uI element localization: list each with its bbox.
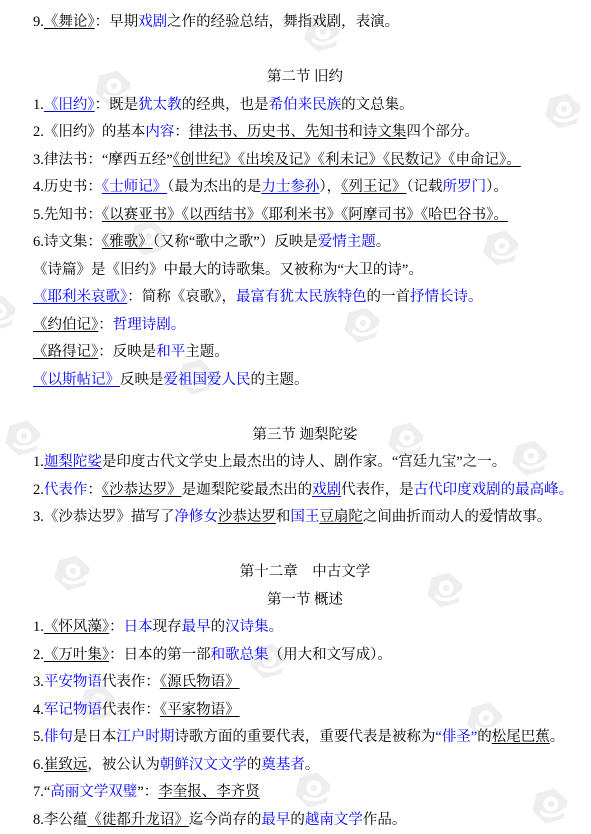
- underlined-term: 律法书、历史书、先知书: [189, 124, 349, 140]
- underlined-term: 诗文集: [363, 124, 407, 140]
- highlighted-term: 平安物语: [44, 674, 102, 690]
- text-run: 和: [276, 509, 291, 525]
- hyperlink-term[interactable]: 迦梨陀娑: [44, 454, 102, 470]
- text-run: 诗歌方面的重要代表，重要代表是被称为: [174, 729, 435, 745]
- text-run: 反映是: [120, 372, 164, 388]
- text-run: 之间曲折而动人的爱情故事。: [363, 509, 552, 525]
- highlighted-term: “俳圣”: [435, 729, 477, 745]
- doc-line: 3.平安物语代表作：《源氏物语》: [33, 669, 577, 697]
- underlined-term: 《列王记》: [341, 179, 406, 195]
- text-run: ），: [319, 179, 341, 195]
- heading-text: 第三节 迦梨陀娑: [252, 427, 357, 443]
- text-run: 6.: [33, 757, 44, 773]
- highlighted-term: 最富有犹太民族特色: [236, 289, 367, 305]
- text-run: 的: [211, 619, 226, 635]
- text-run: 迄今尚存的: [189, 812, 262, 828]
- text-run: （记载: [406, 179, 442, 195]
- text-run: 代表作，是: [341, 482, 414, 498]
- doc-line: 4.历史书：《士师记》（最为杰出的是力士参孙），《列王记》（记载所罗门）。: [33, 174, 577, 202]
- text-run: 四个部分。: [406, 124, 479, 140]
- text-run: 之作的经验总结，舞指戏剧，表演。: [167, 14, 399, 30]
- doc-line: 4.军记物语代表作：《平家物语》: [33, 697, 577, 725]
- underlined-term: 《源氏物语》: [160, 674, 240, 690]
- highlighted-term: 朝鲜汉文文学: [160, 757, 247, 773]
- highlighted-term: 和歌总集: [211, 647, 269, 663]
- highlighted-term: 戏剧: [138, 14, 167, 30]
- text-run: 和: [348, 124, 363, 140]
- underlined-term: 松尾巴蕉: [492, 729, 550, 745]
- text-run: ：日本的第一部: [109, 647, 211, 663]
- text-run: 的经典，也是: [182, 97, 269, 113]
- document-content: 9.《舞论》：早期戏剧之作的经验总结，舞指戏剧，表演。第二节 旧约1.《旧约》：…: [0, 0, 591, 834]
- blank-line: [33, 394, 577, 422]
- underlined-term: 《路得记》: [33, 344, 98, 360]
- text-run: ：: [98, 317, 113, 333]
- highlighted-term: 爱祖国爱人民: [164, 372, 251, 388]
- text-run: 3.律法书：“摩西五经”: [33, 152, 173, 168]
- highlighted-term: 爱情主题: [318, 234, 376, 250]
- doc-line: 2.《万叶集》：日本的第一部和歌总集（用大和文写成）。: [33, 642, 577, 670]
- text-run: 作品。: [363, 812, 407, 828]
- doc-line: 5.先知书：《以赛亚书》《以西结书》《耶利米书》《阿摩司书》《哈巴谷书》。: [33, 202, 577, 230]
- highlighted-term: 最早: [182, 619, 211, 635]
- underlined-term: 《创世纪》《出埃及记》《利未记》《民数记》《申命记》。: [173, 152, 521, 168]
- text-run: ：: [87, 482, 102, 498]
- text-run: 7.“: [33, 784, 50, 800]
- doc-line: 6.崔致远，被公认为朝鲜汉文文学的奠基者。: [33, 752, 577, 780]
- text-run: （最为杰出的是: [167, 179, 261, 195]
- underlined-term: 《徙都升龙诏》: [87, 812, 189, 828]
- highlighted-term: 俳句: [44, 729, 73, 745]
- underlined-term: 《雅歌》: [102, 234, 153, 250]
- text-run: 1.: [33, 97, 44, 113]
- text-run: 9.: [33, 14, 44, 30]
- doc-line: 《路得记》：反映是和平主题。: [33, 339, 577, 367]
- hyperlink-term[interactable]: 力士参孙: [261, 179, 319, 195]
- doc-line: 2.《旧约》的基本内容：律法书、历史书、先知书和诗文集四个部分。: [33, 119, 577, 147]
- highlighted-term: 国王: [290, 509, 319, 525]
- text-run: 4.: [33, 702, 44, 718]
- text-run: 4.历史书：: [33, 179, 102, 195]
- text-run: 2.: [33, 647, 44, 663]
- underlined-term: 《怀风藻》: [44, 619, 109, 635]
- highlighted-term: 古代印度戏剧的最高峰。: [414, 482, 574, 498]
- doc-line: 1.《怀风藻》：日本现存最早的汉诗集。: [33, 614, 577, 642]
- text-run: （又称“歌中之歌”）反映是: [153, 234, 318, 250]
- text-run: 是日本: [73, 729, 117, 745]
- highlighted-term: 犹太教: [138, 97, 182, 113]
- underlined-term: 豆扇陀: [319, 509, 363, 525]
- highlighted-term: 哲理诗剧。: [113, 317, 186, 333]
- heading-text: 第十二章 中古文学: [240, 564, 371, 580]
- highlighted-term: 高丽文学双璧: [50, 784, 137, 800]
- text-run: 的主题。: [251, 372, 309, 388]
- text-run: ）。: [486, 179, 508, 195]
- section-heading: 第十二章 中古文学: [33, 559, 577, 587]
- underlined-term: 沙恭达罗: [218, 509, 276, 525]
- text-run: （用大和文写成）。: [269, 647, 392, 663]
- highlighted-term: 汉诗集。: [225, 619, 283, 635]
- section-heading: 第三节 迦梨陀娑: [33, 422, 577, 450]
- notes-document: 9.《舞论》：早期戏剧之作的经验总结，舞指戏剧，表演。第二节 旧约1.《旧约》：…: [0, 0, 591, 834]
- doc-line: 《耶利米哀歌》：简称《哀歌》，最富有犹太民族特色的一首抒情长诗。: [33, 284, 577, 312]
- text-run: ：: [174, 124, 189, 140]
- highlighted-term: 最早: [261, 812, 290, 828]
- highlighted-term: 军记物语: [44, 702, 102, 718]
- text-run: 的一首: [367, 289, 411, 305]
- doc-line: 《诗篇》是《旧约》中最大的诗歌集。又被称为“大卫的诗”。: [33, 257, 577, 285]
- doc-line: 8.李公蕴《徙都升龙诏》迄今尚存的最早的越南文学作品。: [33, 807, 577, 834]
- text-run: 3.: [33, 674, 44, 690]
- highlighted-term: 奠基者: [261, 757, 305, 773]
- text-run: 5.: [33, 729, 44, 745]
- highlighted-term: 净修女: [174, 509, 218, 525]
- text-run: 2.《旧约》的基本: [33, 124, 145, 140]
- highlighted-term: 江户时期: [116, 729, 174, 745]
- highlighted-term: 内容: [145, 124, 174, 140]
- text-run: ：既是: [95, 97, 139, 113]
- section-heading: 第一节 概述: [33, 587, 577, 615]
- doc-line: 5.俳句是日本江户时期诗歌方面的重要代表，重要代表是被称为“俳圣”的松尾巴蕉。: [33, 724, 577, 752]
- doc-line: 《以斯帖记》反映是爱祖国爱人民的主题。: [33, 367, 577, 395]
- text-run: ，被公认为: [87, 757, 160, 773]
- hyperlink-term[interactable]: 《士师记》: [102, 179, 167, 195]
- doc-line: 7.“高丽文学双璧”：李奎报、李齐贤: [33, 779, 577, 807]
- heading-text: 第一节 概述: [267, 592, 343, 608]
- text-run: ：早期: [95, 14, 139, 30]
- doc-line: 1.《旧约》：既是犹太教的经典，也是希伯来民族的文总集。: [33, 92, 577, 120]
- hyperlink-term[interactable]: 《以斯帖记》: [33, 372, 120, 388]
- underlined-term: 《以赛亚书》《以西结书》《耶利米书》《阿摩司书》《哈巴谷书》。: [102, 207, 508, 223]
- text-run: 8.李公蕴: [33, 812, 87, 828]
- text-run: ”：: [137, 784, 158, 800]
- text-run: 代表作：: [102, 702, 160, 718]
- text-run: 6.诗文集：: [33, 234, 102, 250]
- section-heading: 第二节 旧约: [33, 64, 577, 92]
- doc-line: 2.代表作：《沙恭达罗》是迦梨陀娑最杰出的戏剧代表作，是古代印度戏剧的最高峰。: [33, 477, 577, 505]
- hyperlink-term[interactable]: 戏剧: [312, 482, 341, 498]
- highlighted-term: 所罗门: [443, 179, 487, 195]
- text-run: 5.先知书：: [33, 207, 102, 223]
- text-run: 。: [376, 234, 391, 250]
- blank-line: [33, 532, 577, 560]
- hyperlink-term[interactable]: 《旧约》: [44, 97, 95, 113]
- text-run: 的: [290, 812, 305, 828]
- underlined-term: 《平家物语》: [160, 702, 240, 718]
- underlined-term: 《约伯记》: [33, 317, 98, 333]
- text-run: 的: [477, 729, 492, 745]
- text-run: 1.: [33, 619, 44, 635]
- text-run: 2.: [33, 482, 44, 498]
- underlined-term: 《沙恭达罗》: [102, 482, 182, 498]
- underlined-term: 崔致远: [44, 757, 88, 773]
- doc-line: 1.迦梨陀娑是印度古代文学史上最杰出的诗人、剧作家。“宫廷九宝”之一。: [33, 449, 577, 477]
- text-run: 的文总集。: [341, 97, 414, 113]
- doc-line: 6.诗文集：《雅歌》（又称“歌中之歌”）反映是爱情主题。: [33, 229, 577, 257]
- underlined-term: 李奎报、李齐贤: [158, 784, 260, 800]
- doc-line: 9.《舞论》：早期戏剧之作的经验总结，舞指戏剧，表演。: [33, 9, 577, 37]
- text-run: 。: [550, 729, 565, 745]
- blank-line: [33, 37, 577, 65]
- doc-line: 《约伯记》：哲理诗剧。: [33, 312, 577, 340]
- highlighted-term: 日本: [124, 619, 153, 635]
- text-run: 3.《沙恭达罗》描写了: [33, 509, 174, 525]
- text-run: 代表作：: [102, 674, 160, 690]
- highlighted-term: 代表作: [44, 482, 88, 498]
- document-page: { "page": { "background": "#ffffff", "te…: [0, 0, 591, 834]
- text-run: 1.: [33, 454, 44, 470]
- underlined-term: 《万叶集》: [44, 647, 109, 663]
- highlighted-term: 和平: [156, 344, 185, 360]
- heading-text: 第二节 旧约: [267, 69, 343, 85]
- text-run: 的: [247, 757, 262, 773]
- text-run: 现存: [153, 619, 182, 635]
- text-run: ：: [109, 619, 124, 635]
- doc-line: 3.律法书：“摩西五经”《创世纪》《出埃及记》《利未记》《民数记》《申命记》。: [33, 147, 577, 175]
- highlighted-term: 越南文学: [305, 812, 363, 828]
- text-run: 。: [305, 757, 320, 773]
- hyperlink-term[interactable]: 《耶利米哀歌》: [33, 289, 127, 305]
- text-run: 是迦梨陀娑最杰出的: [182, 482, 313, 498]
- underlined-term: 《舞论》: [44, 14, 95, 30]
- text-run: ：反映是: [98, 344, 156, 360]
- text-run: 主题。: [185, 344, 229, 360]
- text-run: 《诗篇》是《旧约》中最大的诗歌集。又被称为“大卫的诗”。: [33, 262, 423, 278]
- text-run: ：简称《哀歌》，: [127, 289, 236, 305]
- highlighted-term: 希伯来民族: [269, 97, 342, 113]
- highlighted-term: 抒情长诗。: [410, 289, 483, 305]
- text-run: 是印度古代文学史上最杰出的诗人、剧作家。“宫廷九宝”之一。: [102, 454, 506, 470]
- doc-line: 3.《沙恭达罗》描写了净修女沙恭达罗和国王豆扇陀之间曲折而动人的爱情故事。: [33, 504, 577, 532]
